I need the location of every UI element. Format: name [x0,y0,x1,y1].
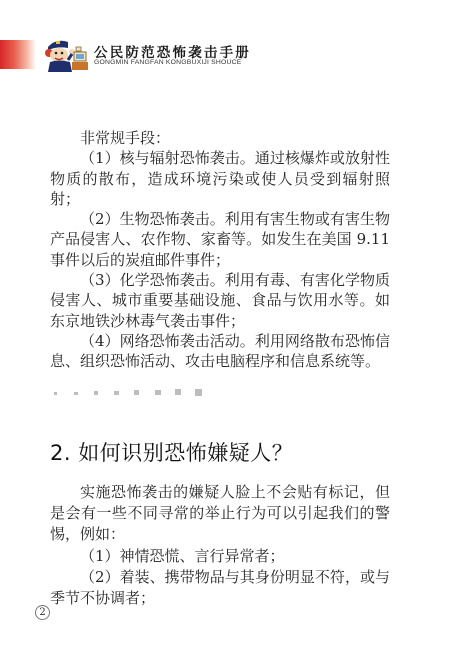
paragraph: （3）化学恐怖袭击。利用有毒、有害化学物质侵害人、城市重要基础设施、食品与饮用水… [50,270,390,331]
divider-dot [195,389,202,396]
paragraph: （2）着装、携带物品与其身份明显不符，或与季节不协调者； [50,567,390,609]
book-title: 公民防范恐怖袭击手册 [94,41,251,61]
divider-dot [155,390,161,396]
page-header: 公民防范恐怖袭击手册 GONGMIN FANGFAN KONGBUXIJI SH… [0,38,450,72]
paragraph: （1）核与辐射恐怖袭击。通过核爆炸或放射性物质的散布，造成环境污染或使人员受到辐… [50,148,390,209]
divider-dot [175,389,181,395]
section-unconventional-means: 非常规手段： （1）核与辐射恐怖袭击。通过核爆炸或放射性物质的散布，造成环境污染… [50,128,390,372]
paragraph: 实施恐怖袭击的嫌疑人脸上不会贴有标记，但是会有一些不同寻常的举止行为可以引起我们… [50,482,390,546]
paragraph: （4）网络恐怖袭击活动。利用网络散布恐怖信息、组织恐怖活动、攻击电脑程序和信息系… [50,331,390,372]
divider-dot [74,392,78,396]
divider-dot [54,392,57,395]
paragraph: （1）神情恐慌、言行异常者； [50,546,390,567]
book-title-pinyin: GONGMIN FANGFAN KONGBUXIJI SHOUCE [94,59,241,66]
section-heading: 2. 如何识别恐怖嫌疑人？ [50,437,293,467]
police-mascot-icon [42,38,90,72]
divider-dot [134,390,139,395]
paragraph: 非常规手段： [50,128,390,148]
dotted-divider [50,386,230,400]
divider-dot [114,391,119,396]
paragraph: （2）生物恐怖袭击。利用有害生物或有害生物产品侵害人、农作物、家畜等。如发生在美… [50,209,390,270]
page-number: 2 [35,605,50,620]
section-identify-suspects: 实施恐怖袭击的嫌疑人脸上不会贴有标记，但是会有一些不同寻常的举止行为可以引起我们… [50,482,390,609]
divider-dot [94,391,98,395]
red-gradient-bar [0,40,36,69]
